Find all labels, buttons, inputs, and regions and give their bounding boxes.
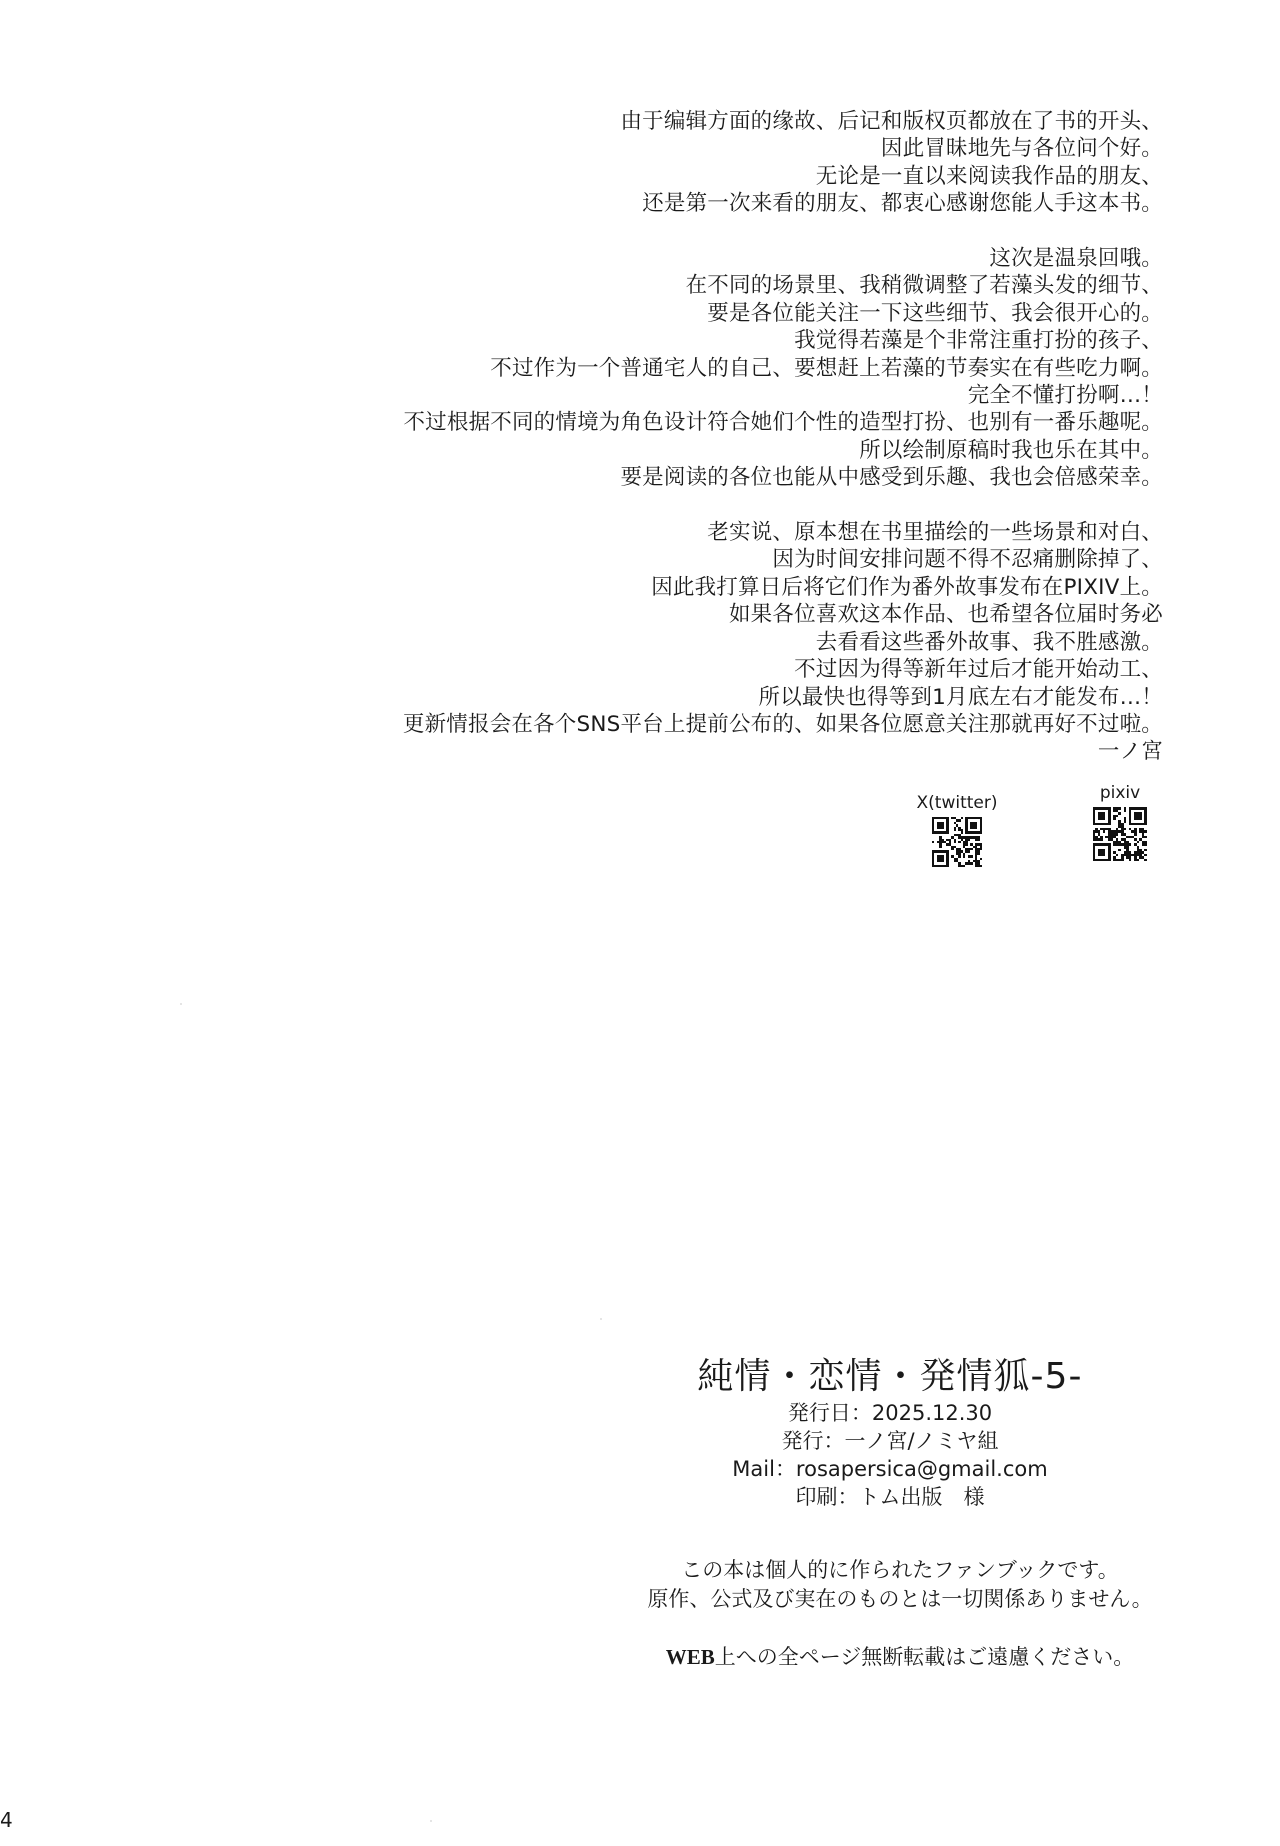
text-line: 不过因为得等新年过后才能开始动工、 <box>403 656 1163 683</box>
text-line: 因为时间安排问题不得不忍痛删除掉了、 <box>403 546 1163 573</box>
text-line: 因此我打算日后将它们作为番外故事发布在PIXIV上。 <box>403 574 1163 601</box>
paragraph-gap <box>403 218 1163 245</box>
qr-label-twitter: X(twitter) <box>912 793 1002 813</box>
qr-code-icon <box>1093 807 1148 861</box>
afterword-paragraph-3: 老实说、原本想在书里描绘的一些场景和对白、 因为时间安排问题不得不忍痛删除掉了、… <box>403 519 1163 738</box>
paper-speck <box>600 1318 602 1320</box>
paragraph-gap <box>640 1614 1160 1643</box>
printer: 印刷：トム出版 様 <box>660 1483 1120 1511</box>
text-line: 更新情报会在各个SNS平台上提前公布的、如果各位愿意关注那就再好不过啦。 <box>403 711 1163 738</box>
text-line: 无论是一直以来阅读我作品的朋友、 <box>403 163 1163 190</box>
text-line: 这次是温泉回哦。 <box>403 245 1163 272</box>
qr-label-pixiv: pixiv <box>1090 783 1150 803</box>
no-repost-notice: WEB上への全ページ無断転載はご遠慮ください。 <box>640 1643 1160 1672</box>
text-line: 还是第一次来看的朋友、都衷心感谢您能人手这本书。 <box>403 190 1163 217</box>
contact-mail: Mail：rosapersica@gmail.com <box>660 1455 1120 1483</box>
page-number: 4 <box>0 1808 13 1832</box>
text-line: 所以绘制原稿时我也乐在其中。 <box>403 437 1163 464</box>
paper-speck <box>180 1003 182 1005</box>
no-repost-text: 上への全ページ無断転載はご遠慮ください。 <box>715 1645 1135 1669</box>
qr-code-icon <box>932 817 982 867</box>
text-line: 完全不懂打扮啊…！ <box>403 382 1163 409</box>
author-signature: 一ノ宮 <box>403 738 1163 765</box>
text-line: 不过作为一个普通宅人的自己、要想赶上若藻的节奏实在有些吃力啊。 <box>403 355 1163 382</box>
release-date: 発行日：2025.12.30 <box>660 1399 1120 1427</box>
afterword-text: 由于编辑方面的缘故、后记和版权页都放在了书的开头、 因此冒昧地先与各位问个好。 … <box>403 108 1163 766</box>
disclaimer: この本は個人的に作られたファンブックです。 原作、公式及び実在のものとは一切関係… <box>640 1556 1160 1672</box>
text-line: 老实说、原本想在书里描绘的一些场景和对白、 <box>403 519 1163 546</box>
unaffiliated-notice: 原作、公式及び実在のものとは一切関係ありません。 <box>640 1585 1160 1614</box>
text-line: 我觉得若藻是个非常注重打扮的孩子、 <box>403 327 1163 354</box>
qr-twitter: X(twitter) <box>912 793 1002 867</box>
fanbook-notice: この本は個人的に作られたファンブックです。 <box>640 1556 1160 1585</box>
paper-speck <box>430 1820 432 1822</box>
web-label: WEB <box>666 1645 715 1669</box>
colophon: 純情・恋情・発情狐-5- 発行日：2025.12.30 発行：一ノ宮/ノミヤ組 … <box>660 1355 1120 1511</box>
text-line: 去看看这些番外故事、我不胜感激。 <box>403 629 1163 656</box>
afterword-paragraph-2: 这次是温泉回哦。 在不同的场景里、我稍微调整了若藻头发的细节、 要是各位能关注一… <box>403 245 1163 492</box>
afterword-paragraph-1: 由于编辑方面的缘故、后记和版权页都放在了书的开头、 因此冒昧地先与各位问个好。 … <box>403 108 1163 218</box>
publisher: 発行：一ノ宮/ノミヤ組 <box>660 1427 1120 1455</box>
text-line: 所以最快也得等到1月底左右才能发布…！ <box>403 684 1163 711</box>
text-line: 由于编辑方面的缘故、后记和版权页都放在了书的开头、 <box>403 108 1163 135</box>
text-line: 不过根据不同的情境为角色设计符合她们个性的造型打扮、也别有一番乐趣呢。 <box>403 409 1163 436</box>
text-line: 在不同的场景里、我稍微调整了若藻头发的细节、 <box>403 272 1163 299</box>
paragraph-gap <box>403 492 1163 519</box>
text-line: 因此冒昧地先与各位问个好。 <box>403 135 1163 162</box>
text-line: 如果各位喜欢这本作品、也希望各位届时务必 <box>403 601 1163 628</box>
text-line: 要是各位能关注一下这些细节、我会很开心的。 <box>403 300 1163 327</box>
qr-pixiv: pixiv <box>1090 783 1150 861</box>
text-line: 要是阅读的各位也能从中感受到乐趣、我也会倍感荣幸。 <box>403 464 1163 491</box>
book-title: 純情・恋情・発情狐-5- <box>660 1355 1120 1399</box>
